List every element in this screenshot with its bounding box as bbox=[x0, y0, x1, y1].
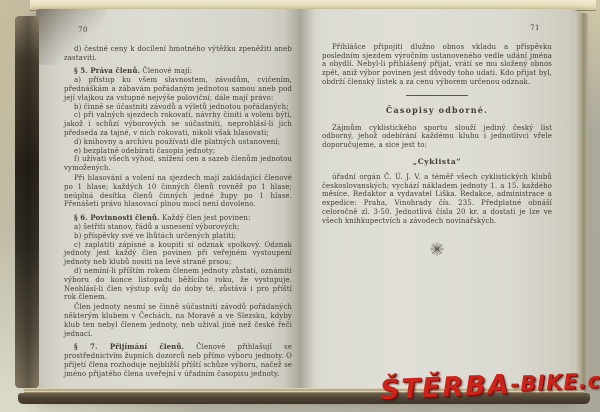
section-text: Členové mají: bbox=[140, 67, 192, 75]
list-item-a: a) přístup ku všem slavnostem, závodům, … bbox=[64, 76, 292, 102]
section-heading-para-7: § 7. Přijímání členů. Členové přihlašují… bbox=[64, 343, 292, 378]
starburst-ornament-icon bbox=[430, 242, 444, 256]
page-number-left: 70 bbox=[64, 26, 292, 35]
paragraph: Zájmům cyklistického sportu slouží jedin… bbox=[322, 124, 552, 150]
list-item-b: b) příspěvky své ve lhůtách určených pla… bbox=[64, 232, 292, 241]
book-photo: { "colors": { "watermark_red": "#cf231a"… bbox=[0, 0, 600, 412]
list-item-c: c) zaplatiti zápisné a koupiti si odznak… bbox=[64, 241, 292, 267]
watermark-secondary-text: -BIKE.cz bbox=[510, 368, 600, 397]
page-number-right: 71 bbox=[322, 24, 552, 33]
left-page-edge-stack bbox=[15, 16, 39, 388]
list-item-d: d) nemíní-li příštím rokem členem jednot… bbox=[64, 267, 292, 302]
paragraph: Člen jednoty nesmí se činně súčastniti z… bbox=[64, 303, 292, 338]
list-item-b: b) činně se účastniti závodů a výletů je… bbox=[64, 103, 292, 112]
chapter-heading: Časopisy odborné. bbox=[322, 106, 552, 115]
section-number: § 7. Přijímání členů. bbox=[74, 342, 184, 351]
list-item-f: f) užívati všech výhod, snížení cen a sa… bbox=[64, 155, 292, 173]
section-number: § 5. Práva členů. bbox=[74, 66, 140, 75]
right-page-edge-stack bbox=[574, 13, 588, 389]
right-page-text-column: 71 Přihlášce připojiti dlužno obnos vkla… bbox=[322, 24, 552, 258]
paragraph: úřadní orgán Č. Ú. J. V. a téměř všech c… bbox=[322, 173, 552, 226]
paragraph: Při hlasování a volení na sjezdech mají … bbox=[64, 174, 292, 209]
section-divider bbox=[406, 95, 468, 96]
list-item-a: a) šetřiti stanov, řádů a usnesení výbor… bbox=[64, 223, 292, 232]
list-item-d: d) knihovny a archivu používati dle plat… bbox=[64, 138, 292, 147]
left-page-text-column: 70 d) čestné ceny k docílení hmotného vý… bbox=[64, 26, 292, 378]
watermark-primary-text: ŠTĚRBA bbox=[379, 369, 511, 406]
ornament-row bbox=[322, 242, 552, 259]
paragraph: d) čestné ceny k docílení hmotného výtěž… bbox=[64, 45, 292, 63]
section-text: Každý člen jest povinen: bbox=[160, 214, 251, 222]
section-number: § 6. Povinnosti členů. bbox=[74, 213, 160, 222]
section-heading-para-5: § 5. Práva členů. Členové mají: bbox=[64, 67, 292, 76]
journal-title: „Cyklista“ bbox=[322, 158, 552, 167]
section-heading-para-6: § 6. Povinnosti členů. Každý člen jest p… bbox=[64, 214, 292, 223]
list-item-c: c) při valných sjezdech rokovati, návrhy… bbox=[64, 111, 292, 137]
paragraph: Přihlášce připojiti dlužno obnos vkladu … bbox=[322, 43, 552, 87]
